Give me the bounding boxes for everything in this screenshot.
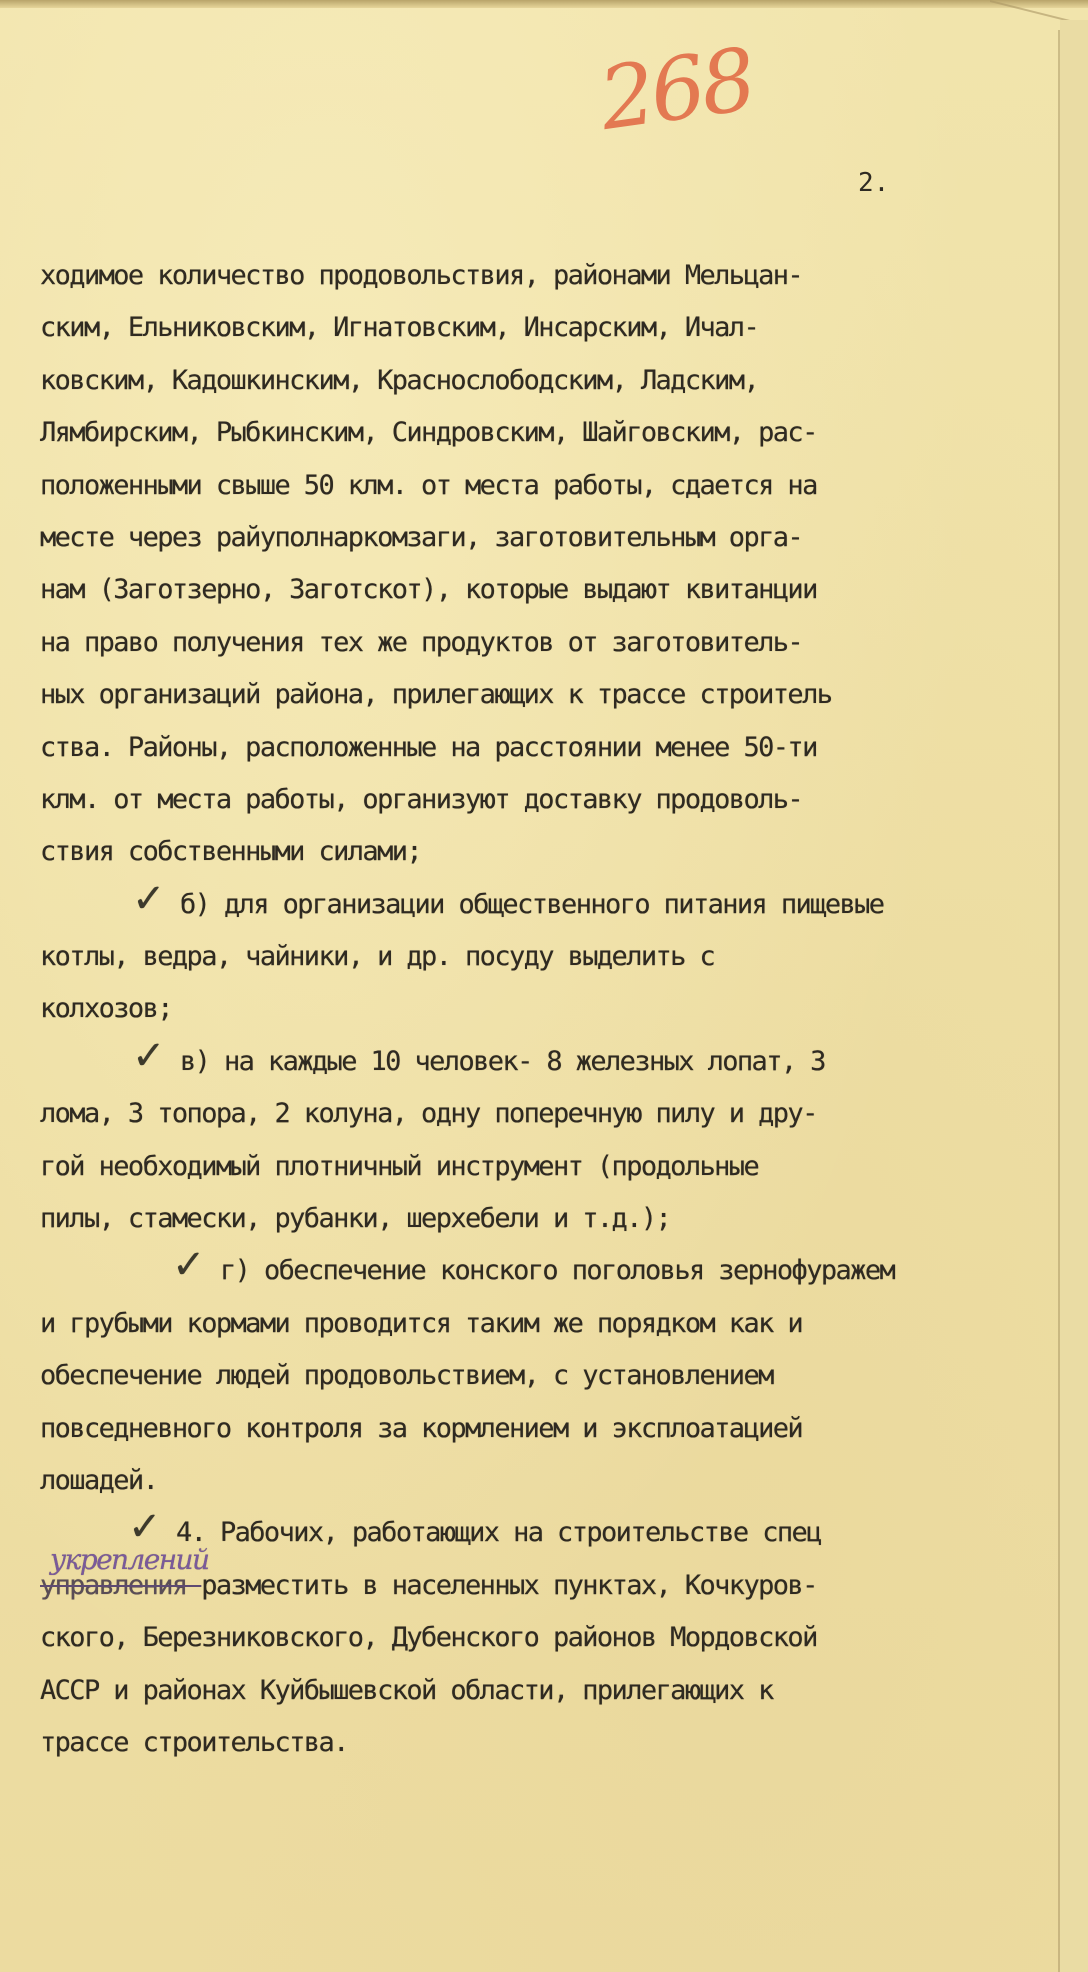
handwritten-correction: укреплений [50, 1534, 208, 1586]
page-right-strip [1060, 20, 1088, 1972]
text-line: на право получения тех же продуктов от з… [40, 617, 1060, 669]
page-top-edge [0, 0, 1088, 8]
item-v-line: ✓ в) на каждые 10 человек- 8 железных ло… [40, 1036, 1060, 1088]
typewritten-body: ходимое количество продовольствия, район… [40, 250, 1060, 1769]
text-line: повседневного контроля за кормлением и э… [40, 1403, 1060, 1455]
text-line: и грубыми кормами проводится таким же по… [40, 1298, 1060, 1350]
checkmark-icon: ✓ [132, 873, 164, 925]
text-line: ных организаций района, прилегающих к тр… [40, 669, 1060, 721]
document-page: 268 2. ходимое количество продовольствия… [0, 0, 1088, 1972]
text-line: трассе строительства. [40, 1717, 1060, 1769]
text-line: ходимое количество продовольствия, район… [40, 250, 1060, 302]
text-line: гой необходимый плотничный инструмент (п… [40, 1141, 1060, 1193]
text-line: положенными свыше 50 клм. от места работ… [40, 460, 1060, 512]
archive-folio-number: 268 [594, 30, 759, 150]
text-line: нам (Заготзерно, Заготскот), которые выд… [40, 564, 1060, 616]
page-number: 2. [858, 168, 889, 198]
text-line: пилы, стамески, рубанки, шерхебели и т.д… [40, 1193, 1060, 1245]
item-b-line: ✓ б) для организации общественного питан… [40, 879, 1060, 931]
checkmark-icon: ✓ [172, 1239, 204, 1291]
text-line: Лямбирским, Рыбкинским, Синдровским, Шай… [40, 407, 1060, 459]
checkmark-icon: ✓ [132, 1030, 164, 1082]
text-line: лошадей. [40, 1455, 1060, 1507]
text-line: ствия собственными силами; [40, 826, 1060, 878]
text-line: колхозов; [40, 983, 1060, 1035]
text-line: б) для организации общественного питания… [40, 889, 883, 920]
text-line: лома, 3 топора, 2 колуна, одну поперечну… [40, 1088, 1060, 1140]
text-line: ства. Районы, расположенные на расстояни… [40, 722, 1060, 774]
text-line: АССР и районах Куйбышевской области, при… [40, 1665, 1060, 1717]
text-line: ского, Березниковского, Дубенского район… [40, 1612, 1060, 1664]
text-line: клм. от места работы, организуют доставк… [40, 774, 1060, 826]
corrected-line: укреплений управления разместить в насел… [40, 1560, 1060, 1612]
text-line: ским, Ельниковским, Игнатовским, Инсарск… [40, 302, 1060, 354]
item-g-line: ✓ г) обеспечение конского поголовья зерн… [40, 1245, 1060, 1297]
text-line: г) обеспечение конского поголовья зерноф… [40, 1255, 894, 1286]
text-line: ковским, Кадошкинским, Краснослободским,… [40, 355, 1060, 407]
text-line: месте через райуполнаркомзаги, заготовит… [40, 512, 1060, 564]
text-line: обеспечение людей продовольствием, с уст… [40, 1350, 1060, 1402]
text-line: разместить в населенных пунктах, Кочкуро… [201, 1570, 817, 1601]
text-line: котлы, ведра, чайники, и др. посуду выде… [40, 931, 1060, 983]
